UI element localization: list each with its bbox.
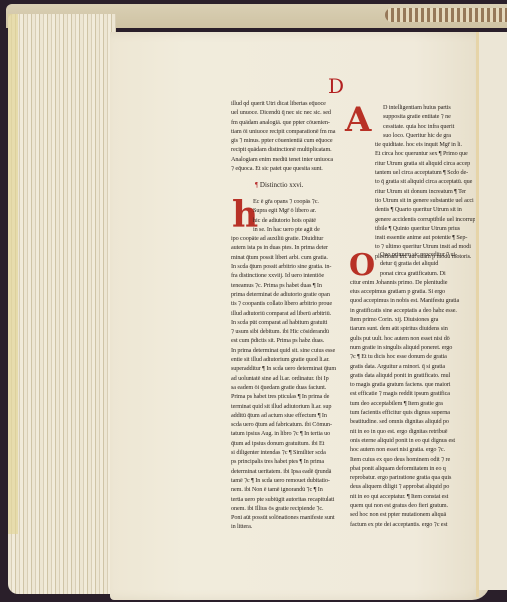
text-line: est efficatie ⁊ magis reddit ipsum grati…: [350, 389, 475, 398]
text-line: Supra egit Mgr̄ ō libero ar.: [231, 206, 343, 215]
text-line: tatum ipsius Aug. in libro ⁊c ¶ In terti…: [231, 429, 343, 438]
text-line: tiam ōi uniuoce recipit comparationē fm …: [231, 127, 343, 136]
text-line: q̄tum ad ipsius donum gratuitum. ibi Et: [231, 439, 343, 448]
text-line: factum ex pte dei acceptantis. ergo ⁊c e…: [350, 520, 475, 529]
text-line: ⁊c ¶ Et tu dicis hoc esse donum de grati…: [350, 352, 475, 361]
text-line: dentis ¶ Quarto queritur Utrum sit in: [375, 205, 475, 214]
text-line: gratis data. Arguitur a minori. q̄ si gr…: [350, 362, 475, 371]
text-line: ps principalis tres habet ptes ¶ In prim…: [231, 457, 343, 466]
distinctio-heading: ¶ Distinctio xxvi.: [255, 181, 303, 189]
text-line: ⁊ usum sibi debitum. ibi Hic cōsiderandū: [231, 327, 343, 336]
text-line: ad uoluntatē sine ad li.ar. ordinatur. i…: [231, 374, 343, 383]
text-line: scda uero q̄tum ad fabricatum. ibi Cōmun…: [231, 420, 343, 429]
text-line: nit in eo in quo est. ergo dignitas retr…: [350, 427, 475, 436]
text-line: eius accepimus gratiam p gratia. Si ergo: [350, 287, 475, 296]
text-line: in se. In hac uero pte agit de: [231, 225, 343, 234]
text-line: ritur Utrum sit donum increatum ¶ Ter: [375, 187, 475, 196]
text-line: hic de adiutorio hoīs opātē: [231, 216, 343, 225]
text-line: tamē ⁊c ¶ In scda uero remouet dubitatio…: [231, 476, 343, 485]
text-line: teneamus ⁊c. Prima ps habet duas ¶ In: [231, 281, 343, 290]
text-line: Prima ps habet tres pticulas ¶ In prima …: [231, 392, 343, 401]
text-line: cessitate. quia hoc infra querit: [375, 122, 475, 131]
rubricated-initial-a: A: [345, 100, 371, 140]
text-line: gratis data aliquid ponit in gratificato…: [350, 371, 475, 380]
text-line: Et circa hoc queruntur sex ¶ Primo que: [375, 149, 475, 158]
text-line: pbat ponit aliquam deformitatem in eo q: [350, 464, 475, 473]
text-line: suo loco. Queritur hic de gra: [375, 131, 475, 140]
text-line: ipo coopāte ad auxiliū gratie. Diuiditur: [231, 234, 343, 243]
text-line: prima determinat de adiutorio gratie opa…: [231, 290, 343, 299]
text-line: sa eadem ōi q̄uedam gratie duas faciunt.: [231, 383, 343, 392]
text-line: in littera.: [231, 522, 343, 531]
text-line: tantem uel circa acceptatum ¶ Scdo de-: [375, 168, 475, 177]
text-line: tiarum sunt. dem aūt spiritus diuidens s…: [350, 324, 475, 333]
text-line: tum facientis efficitur quis dignus supe…: [350, 408, 475, 417]
text-line: determinat ueritatem. ibi Ipsa eadē q̄ru…: [231, 467, 343, 476]
text-line: in gratificatis sine acceptatis a deo ha…: [350, 306, 475, 315]
text-line: supposita gratie entitate ⁊ ne: [375, 112, 475, 121]
right-column-main: Quo primum sic proceditur ⁊ ui-detur q̄ …: [350, 250, 475, 529]
left-column-main: Ec ē gr̄a opans ⁊ coopās ⁊c.Supra egit M…: [231, 197, 343, 532]
binding-edge: [8, 14, 18, 534]
text-line: Analogiam enim mediū tenet inter uniuoca: [231, 155, 343, 164]
text-line: num gratie in singulis aliquid poneret. …: [350, 343, 475, 352]
text-line: deus aliquem diligit ⁊ approbat aliquid …: [350, 482, 475, 491]
text-line: fm quādam analogiā. que ppter cōuenien-: [231, 118, 343, 127]
text-line: tio Utrum sit in genere substantie uel a…: [375, 196, 475, 205]
text-line: additū q̄tum ad actum siue effectum ¶ In: [231, 411, 343, 420]
text-line: to q̄ gratia sit aliquid circa acceptatū…: [375, 177, 475, 186]
text-line: sed hoc non est ppter mutationem aliquā: [350, 510, 475, 519]
text-line: quod accepimus in nobis est. Manifestu g…: [350, 296, 475, 305]
text-line: Poni aūt possūt solōnationes manifeste s…: [231, 513, 343, 522]
right-column-top: D intelligentiam huius partissupposita g…: [375, 103, 475, 261]
text-line: genere accidentis corruptibile uel incor…: [375, 215, 475, 224]
text-line: quem qui non est gratus deo fieri gratum…: [350, 501, 475, 510]
text-line: ritur Utrum gratia sit aliquid circa acc…: [375, 159, 475, 168]
left-column-top: illud qd querit Utri dicat libertas eq̄u…: [231, 99, 343, 173]
text-line: si diligenter intendas ⁊c ¶ Similiter sc…: [231, 448, 343, 457]
text-line: gulis put uult. hoc autem non esset nisi…: [350, 334, 475, 343]
text-line: terminat quid sit illud adiutorium li.ar…: [231, 402, 343, 411]
text-line: ponat circa gratificatum. Di: [350, 269, 475, 278]
text-line: beatitudine. sed omnis dignitas aliquid …: [350, 417, 475, 426]
text-line: In prima determinat quid sit. sine cuius…: [231, 346, 343, 355]
text-line: Item cuius ex quo deus hominem odit ⁊ re: [350, 455, 475, 464]
text-line: illud qd querit Utri dicat libertas eq̄u…: [231, 99, 343, 108]
text-line: autem ista ps in duas ptes. In prima det…: [231, 243, 343, 252]
text-line: onis eterne aliquid ponit in eo qui dign…: [350, 436, 475, 445]
facing-page: [479, 32, 507, 590]
text-line: nit in eo qui acceptatur. ¶ Item constat…: [350, 492, 475, 501]
text-line: tertia uero pte subiūgit autoritas recap…: [231, 495, 343, 504]
text-line: entie sit illud adiutorium gratie quod l…: [231, 355, 343, 364]
distinctio-label: Distinctio xxvi.: [260, 181, 304, 189]
text-line: gis ⁊ minus. ppter cōuenientiā cum eq̄uo…: [231, 136, 343, 145]
text-line: illud adiutoriū comparat ad liberū arbit…: [231, 309, 343, 318]
text-line: uel unuoce. Dicendū q̄ nec sic nec sic. …: [231, 108, 343, 117]
pilcrow-mark: ¶: [255, 181, 258, 189]
text-line: onem. ibi Illius ōs gratie recipiende ⁊c…: [231, 504, 343, 513]
text-line: tis ⁊ coopantis collato libero arbitrio …: [231, 299, 343, 308]
text-line: tie quiditate. hoc eis inquit Mgr̄ in li…: [375, 140, 475, 149]
text-line: insit essentie anime aut potentie ¶ Sep-: [375, 233, 475, 242]
text-line: tibile ¶ Quinto queritur Utrum prius: [375, 224, 475, 233]
text-line: recipit quādam distinctionē multiplicata…: [231, 145, 343, 154]
folio-initial: D: [328, 74, 344, 98]
text-line: D intelligentiam huius partis: [375, 103, 475, 112]
text-line: In scda q̄tum possit arbitrio sine grati…: [231, 262, 343, 271]
text-line: In scda pūt comparat ad habitum gratuiti: [231, 318, 343, 327]
text-line: minat q̄tum possit liberi arbi. cum grat…: [231, 253, 343, 262]
book-photograph: D illud qd querit Utri dicat libertas eq…: [0, 0, 507, 602]
text-line: Item primo Corin. xij. Diuisiones gra: [350, 315, 475, 324]
text-line: Ec ē gr̄a opans ⁊ coopās ⁊c.: [231, 197, 343, 206]
text-line: tum deo acceptabilem ¶ Item gratie gra: [350, 399, 475, 408]
text-line: detur q̄ gratia dei aliquid: [350, 259, 475, 268]
page-stack-fore-edge: [8, 14, 116, 594]
text-line: ⁊ eq̄uoca. Et sic patet que quesita sunt…: [231, 164, 343, 173]
text-line: nem. ibi Non ē tamē ignorandū ⁊c ¶ In: [231, 485, 343, 494]
text-line: Quo primum sic proceditur ⁊ ui-: [350, 250, 475, 259]
text-line: hoc autem non esset nisi gratia. ergo ⁊c…: [350, 445, 475, 454]
text-line: reprobatur. ergo pariratione gratia qua …: [350, 473, 475, 482]
text-line: superadditur ¶ In scda uero determinat q…: [231, 364, 343, 373]
text-line: fra distinctione xxviij. Id uero intenti…: [231, 271, 343, 280]
text-line: est cum p̄dictis sit. Prima ps habz duas…: [231, 336, 343, 345]
text-line: citur enim Johannis primo. De plenitudie: [350, 278, 475, 287]
headband: [385, 8, 507, 22]
text-line: to magis gratia gratum faciens. que maio…: [350, 380, 475, 389]
